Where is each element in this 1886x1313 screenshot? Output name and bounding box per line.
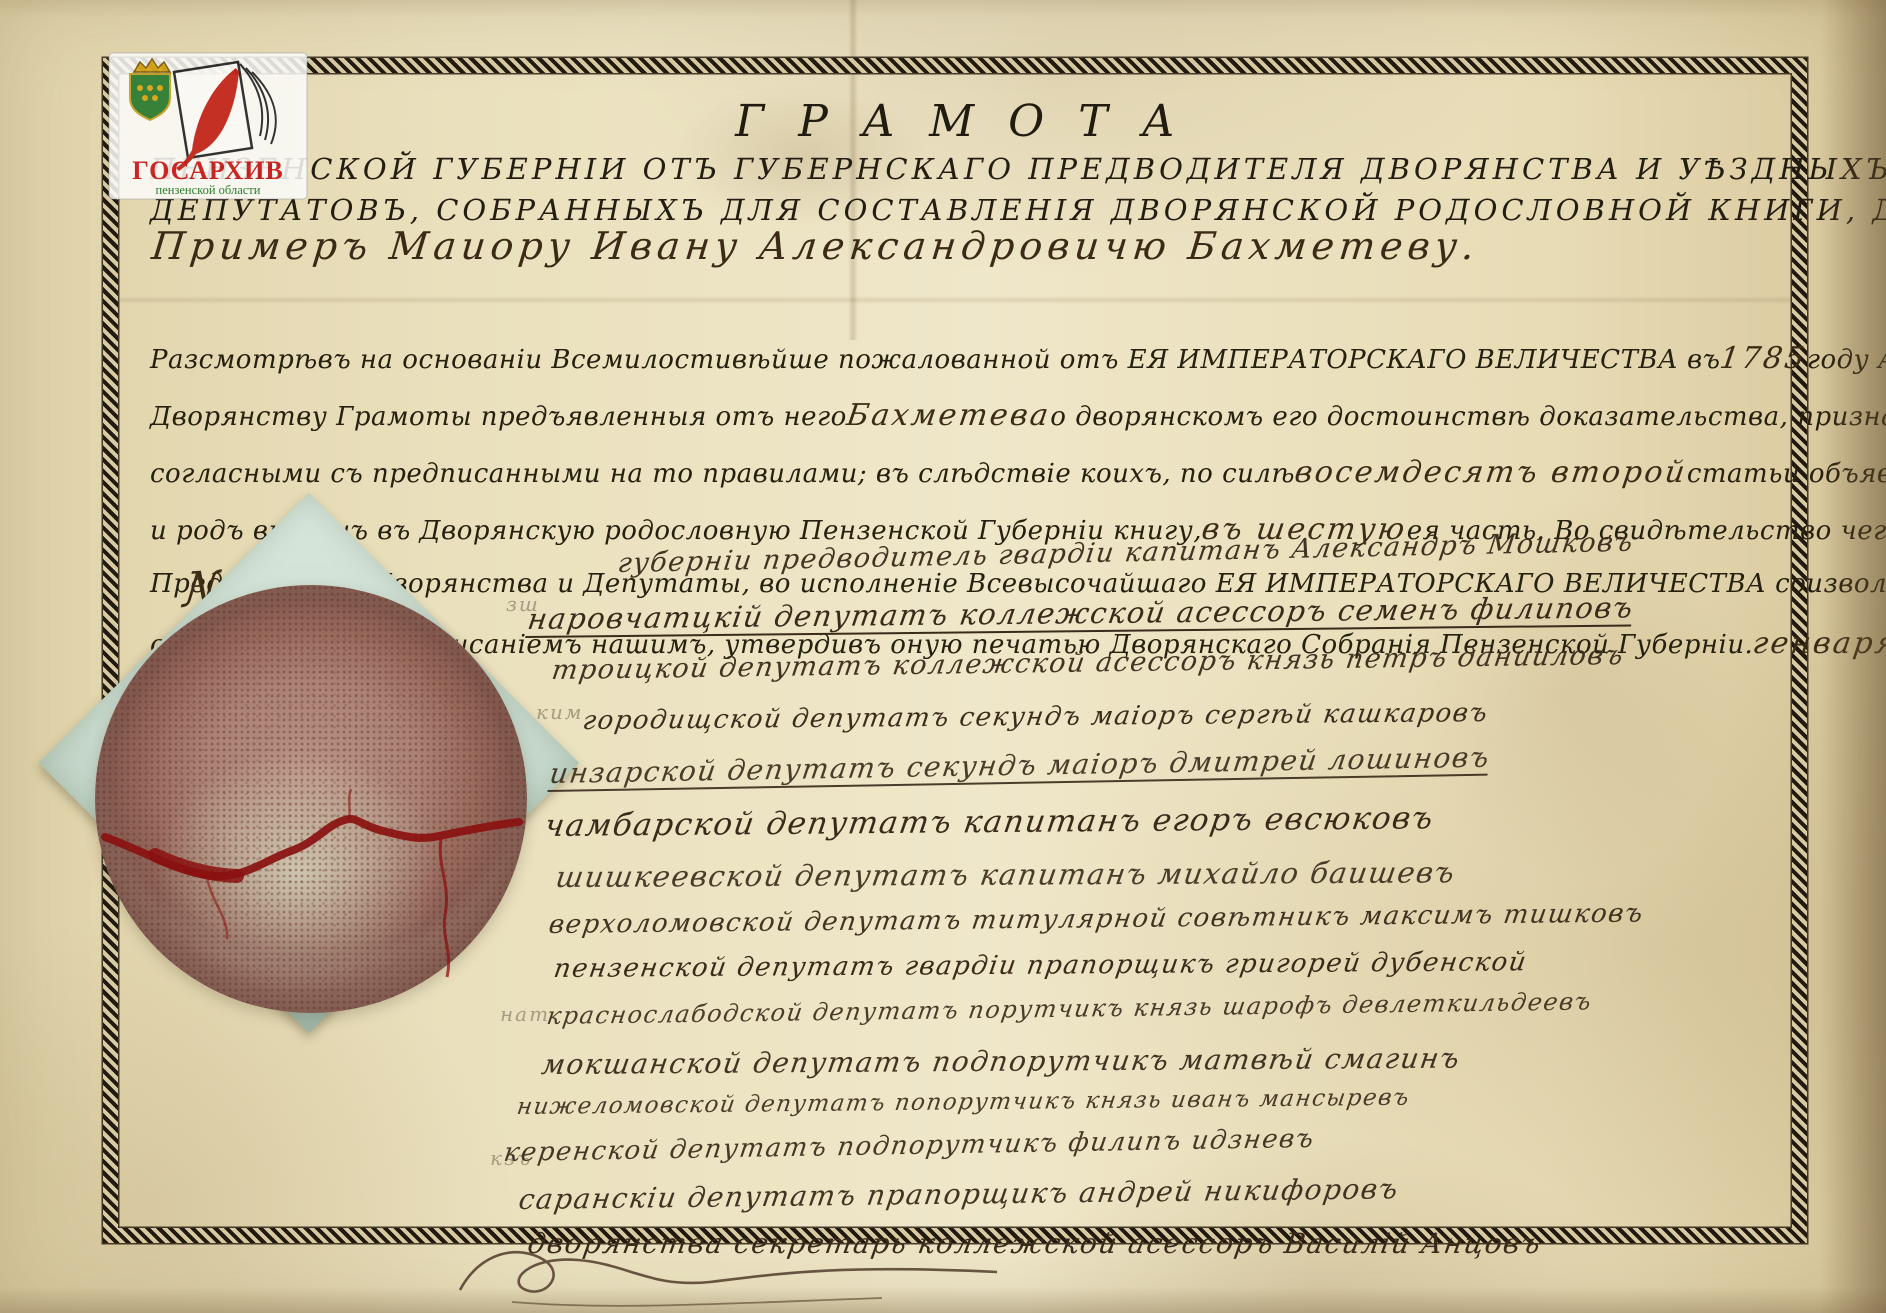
archive-region-name: пензенской области [156, 183, 261, 197]
signature-line: саранскіи депутатъ прапорщикъ андрей ник… [517, 1172, 1402, 1216]
charter-document-scan: ГОСАРХИВ пензенской области ГРАМОТА ПЕНЗ… [0, 0, 1886, 1313]
signature-line: губерніи предводитель гвардіи капитанъ А… [616, 527, 1636, 579]
signature-line: керенской депутатъ подпорутчикъ филипъ и… [502, 1124, 1317, 1168]
gosarkhiv-watermark-logo: ГОСАРХИВ пензенской области [108, 52, 308, 200]
signature-line: троицкой депутатъ коллежской асессоръ кн… [550, 640, 1627, 686]
signature-line: городищской депутатъ секундъ маіоръ серг… [581, 698, 1491, 736]
signature-line: чамбарской депутатъ капитанъ егоръ евсюк… [542, 800, 1436, 844]
ink-flourish [452, 1238, 1022, 1310]
signature-line: инзарской депутатъ секундъ маіоръ дмитре… [548, 741, 1493, 790]
signature-line: нижеломовской депутатъ попорутчикъ князь… [515, 1085, 1412, 1120]
signature-line: наровчатцкій депутатъ коллежской асессор… [525, 590, 1636, 636]
archive-org-name: ГОСАРХИВ [132, 156, 284, 185]
signature-line: верхоломовской депутатъ титулярной совѣт… [547, 899, 1646, 941]
signature-line: мокшанской депутатъ подпорутчикъ матвѣй … [540, 1042, 1463, 1081]
signature-line: шишкеевской депутатъ капитанъ михайло ба… [553, 855, 1458, 894]
signature-line: пензенской депутатъ гвардіи прапорщикъ г… [552, 947, 1530, 984]
coat-of-arms-icon [130, 59, 170, 120]
signature-line: краснослабодской депутатъ порутчикъ княз… [545, 987, 1594, 1030]
